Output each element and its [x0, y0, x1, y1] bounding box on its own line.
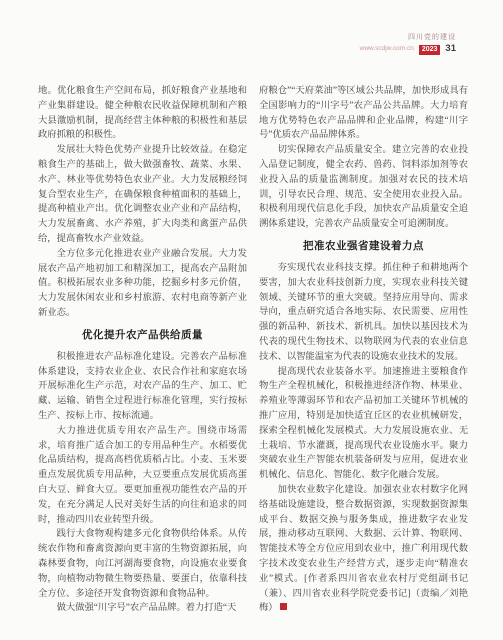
magazine-page: 四川党的建设 www.scdjw.com.cn 2023 31 地。优化粮食生产…: [0, 0, 503, 640]
paragraph: 府粮仓”“天府菜油”等区域公共品牌，加快形成具有全国影响力的“川字号”农产品公共…: [259, 84, 468, 143]
paragraph: 积极推进农产品标准化建设。完善农产品标准体系建设，支持农业企业、农民合作社和家庭…: [38, 350, 247, 424]
page-number: 31: [445, 43, 456, 56]
header-meta-row: www.scdjw.com.cn 2023 31: [360, 43, 456, 56]
magazine-website: www.scdjw.com.cn: [360, 45, 414, 54]
paragraph: 发展壮大特色优势产业提升比较效益。在稳定粮食生产的基础上，做大做强畜牧、蔬菜、水…: [38, 143, 247, 247]
left-column: 地。优化粮食生产空间布局，抓好粮食产业基地和产业集群建设。健全种粮农民收益保障机…: [38, 84, 247, 614]
paragraph-text: 加快农业数字化建设。加强农业农村数字化网络基础设施建设，整合数据资源，实现数据资…: [259, 485, 468, 613]
section-heading-supply-quality: 优化提升农产品供给质量: [38, 328, 247, 343]
right-column: 府粮仓”“天府菜油”等区域公共品牌，加快形成具有全国影响力的“川字号”农产品公共…: [259, 84, 468, 614]
paragraph: 地。优化粮食生产空间布局，抓好粮食产业基地和产业集群建设。健全种粮农民收益保障机…: [38, 84, 247, 143]
paragraph: 加快农业数字化建设。加强农业农村数字化网络基础设施建设，整合数据资源，实现数据资…: [259, 483, 468, 614]
paragraph: 做大做强“川字号”农产品品牌。着力打造“天: [38, 601, 247, 614]
magazine-title: 四川党的建设: [360, 33, 456, 42]
issue-badge: 2023: [419, 45, 441, 55]
paragraph: 夯实现代农业科技支撑。抓住种子和耕地两个要害，加大农业科技创新力度，实现农业科技…: [259, 261, 468, 365]
article-end-mark-icon: [280, 603, 287, 610]
paragraph: 践行大食物观构建多元化食物供给体系。从传统农作物和畜禽资源向更丰富的生物资源拓展…: [38, 527, 247, 601]
paragraph: 切实保障农产品质量安全。建立完善的农业投入品登记制度，健全农药、兽药、饲料添加剂…: [259, 143, 468, 232]
paragraph: 大力推进优质专用农产品生产。围绕市场需求，培育推广适合加工的专用品种生产。水稻要…: [38, 424, 247, 528]
paragraph: 提高现代农业装备水平。加速推进主要粮食作物生产全程机械化，积极推进经济作物、林果…: [259, 365, 468, 483]
section-heading-focus-points: 把准农业强省建设着力点: [259, 239, 468, 254]
page-header: 四川党的建设 www.scdjw.com.cn 2023 31: [360, 33, 456, 56]
paragraph: 全方位多元化推进农业产业融合发展。大力发展农产品产地初加工和精深加工，提高农产品…: [38, 247, 247, 321]
article-body: 地。优化粮食生产空间布局，抓好粮食产业基地和产业集群建设。健全种粮农民收益保障机…: [38, 84, 468, 614]
